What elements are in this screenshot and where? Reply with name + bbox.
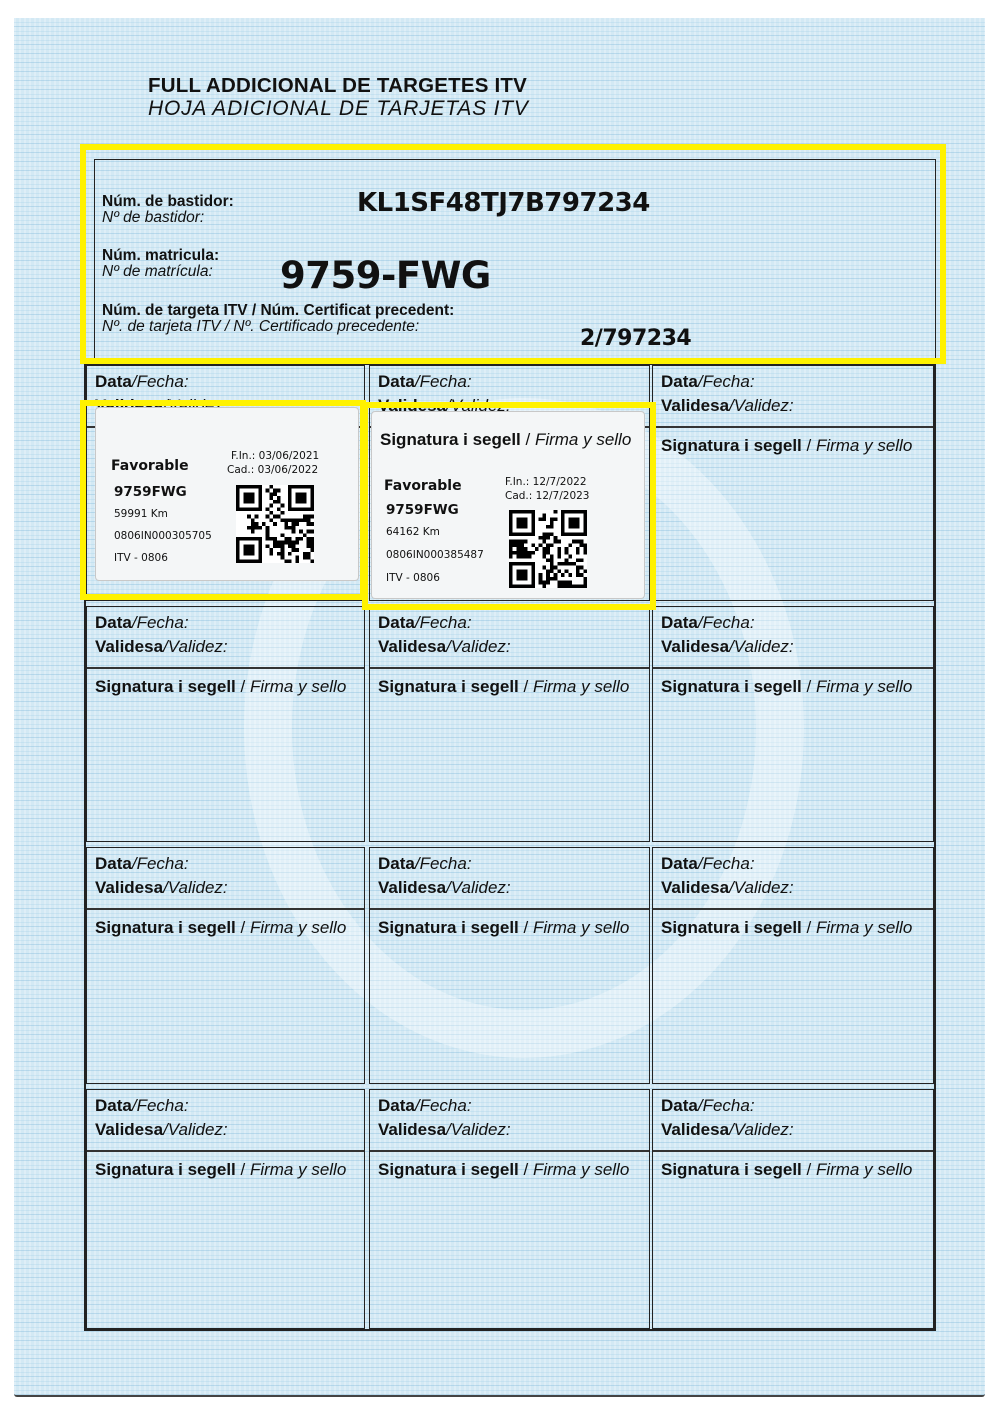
cell-divider (653, 667, 933, 669)
title-catalan: FULL ADDICIONAL DE TARGETES ITV (148, 74, 527, 98)
date-label: Data/Fecha: (95, 1094, 228, 1118)
date-label: Data/Fecha: (661, 370, 794, 394)
title-spanish: HOJA ADICIONAL DE TARJETAS ITV (148, 97, 529, 121)
inspection-cell: Data/Fecha:Validesa/Validez:Signatura i … (369, 847, 650, 1084)
signature-label: Signatura i segell / Firma y sello (661, 677, 912, 697)
date-label: Data/Fecha: (661, 852, 794, 876)
cell-divider (653, 908, 933, 910)
highlight-sticker-1 (80, 400, 366, 600)
validity-label: Validesa/Validez: (378, 876, 511, 900)
validity-label: Validesa/Validez: (95, 1118, 228, 1142)
validity-label: Validesa/Validez: (95, 635, 228, 659)
cell-divider (87, 667, 364, 669)
validity-label: Validesa/Validez: (378, 1118, 511, 1142)
cell-divider (370, 1150, 649, 1152)
date-validity-labels: Data/Fecha:Validesa/Validez: (95, 852, 228, 900)
validity-label: Validesa/Validez: (378, 635, 511, 659)
cell-divider (653, 1150, 933, 1152)
highlight-vehicle-info (80, 144, 946, 364)
cell-divider (653, 426, 933, 428)
date-validity-labels: Data/Fecha:Validesa/Validez: (378, 852, 511, 900)
inspection-cell: Data/Fecha:Validesa/Validez:Signatura i … (86, 847, 365, 1084)
date-validity-labels: Data/Fecha:Validesa/Validez: (661, 1094, 794, 1142)
validity-label: Validesa/Validez: (661, 876, 794, 900)
date-label: Data/Fecha: (661, 611, 794, 635)
cell-divider (370, 667, 649, 669)
signature-label: Signatura i segell / Firma y sello (95, 677, 346, 697)
validity-label: Validesa/Validez: (95, 876, 228, 900)
date-validity-labels: Data/Fecha:Validesa/Validez: (378, 611, 511, 659)
date-label: Data/Fecha: (661, 1094, 794, 1118)
date-label: Data/Fecha: (378, 852, 511, 876)
cell-divider (87, 908, 364, 910)
date-validity-labels: Data/Fecha:Validesa/Validez: (95, 611, 228, 659)
signature-label: Signatura i segell / Firma y sello (95, 918, 346, 938)
validity-label: Validesa/Validez: (661, 635, 794, 659)
date-label: Data/Fecha: (95, 852, 228, 876)
date-validity-labels: Data/Fecha:Validesa/Validez: (378, 1094, 511, 1142)
date-label: Data/Fecha: (95, 611, 228, 635)
validity-label: Validesa/Validez: (661, 394, 794, 418)
signature-label: Signatura i segell / Firma y sello (661, 918, 912, 938)
signature-label: Signatura i segell / Firma y sello (661, 1160, 912, 1180)
signature-label: Signatura i segell / Firma y sello (378, 1160, 629, 1180)
date-validity-labels: Data/Fecha:Validesa/Validez: (661, 611, 794, 659)
inspection-cell: Data/Fecha:Validesa/Validez:Signatura i … (652, 365, 934, 601)
inspection-cell: Data/Fecha:Validesa/Validez:Signatura i … (369, 606, 650, 842)
inspection-cell: Data/Fecha:Validesa/Validez:Signatura i … (369, 1089, 650, 1329)
date-label: Data/Fecha: (378, 611, 511, 635)
date-label: Data/Fecha: (378, 370, 511, 394)
inspection-cell: Data/Fecha:Validesa/Validez:Signatura i … (652, 1089, 934, 1329)
date-validity-labels: Data/Fecha:Validesa/Validez: (95, 1094, 228, 1142)
date-validity-labels: Data/Fecha:Validesa/Validez: (661, 370, 794, 418)
inspection-cell: Data/Fecha:Validesa/Validez:Signatura i … (652, 606, 934, 842)
inspection-cell: Data/Fecha:Validesa/Validez:Signatura i … (652, 847, 934, 1084)
signature-label: Signatura i segell / Firma y sello (378, 918, 629, 938)
highlight-sticker-2 (362, 402, 656, 610)
date-validity-labels: Data/Fecha:Validesa/Validez: (661, 852, 794, 900)
date-label: Data/Fecha: (95, 370, 228, 394)
inspection-cell: Data/Fecha:Validesa/Validez:Signatura i … (86, 606, 365, 842)
cell-divider (370, 908, 649, 910)
validity-label: Validesa/Validez: (661, 1118, 794, 1142)
signature-label: Signatura i segell / Firma y sello (661, 436, 912, 456)
signature-label: Signatura i segell / Firma y sello (95, 1160, 346, 1180)
cell-divider (87, 1150, 364, 1152)
signature-label: Signatura i segell / Firma y sello (378, 677, 629, 697)
date-label: Data/Fecha: (378, 1094, 511, 1118)
inspection-cell: Data/Fecha:Validesa/Validez:Signatura i … (86, 1089, 365, 1329)
